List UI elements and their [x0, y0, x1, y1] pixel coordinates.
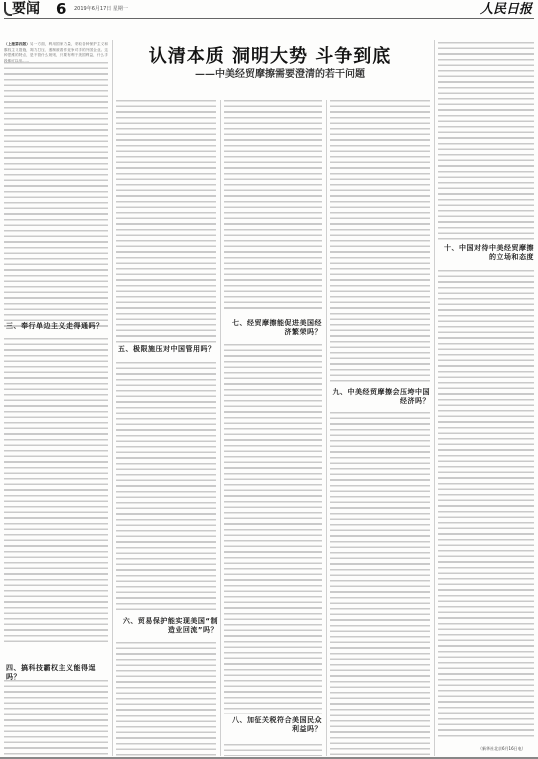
column-2-text-block-3	[116, 642, 216, 756]
lead-tag: （上接第四版）	[4, 42, 30, 46]
column-divider	[326, 100, 327, 756]
column-divider	[434, 40, 435, 756]
section-heading-3: 三、奉行单边主义走得通吗？	[6, 322, 110, 331]
column-4-text-block	[330, 100, 430, 385]
column-3-text-block-2	[224, 344, 322, 714]
section-name: 要闻	[12, 2, 40, 17]
column-divider	[220, 100, 221, 756]
section-heading-6: 六、贸易保护能实现美国“制造业回流”吗？	[118, 617, 218, 635]
column-2-text-block-2	[116, 362, 216, 610]
byline: （新华社北京6月16日电）	[478, 746, 526, 752]
section-heading-10: 十、中国对待中美经贸摩擦的立场和态度	[440, 244, 534, 262]
page-number: 6	[56, 2, 66, 17]
masthead: 要闻 6 2019年6月17日 星期一 人民日报	[4, 2, 534, 18]
column-3-text-block	[224, 100, 322, 310]
newspaper-logo: 人民日报	[480, 2, 532, 17]
column-divider	[112, 40, 113, 756]
issue-date: 2019年6月17日 星期一	[74, 6, 128, 13]
section-heading-8: 八、加征关税符合美国民众利益吗？	[226, 716, 322, 734]
section-heading-9: 九、中美经贸摩擦会压垮中国经济吗？	[332, 388, 430, 406]
column-4-text-block-2	[330, 412, 430, 756]
masthead-rule	[4, 18, 534, 19]
section-heading-7: 七、经贸摩擦能促进美国经济繁荣吗？	[226, 319, 322, 337]
column-1-text-block-3	[4, 680, 108, 756]
column-1-text-block-2	[4, 338, 108, 646]
column-1-text-block	[4, 62, 108, 327]
section-heading-5: 五、极限施压对中国管用吗？	[118, 345, 218, 354]
masthead-bracket-decoration	[4, 2, 12, 16]
column-5-text-block	[438, 42, 534, 240]
subheadline: ——中美经贸摩擦需要澄清的若干问题	[150, 69, 410, 81]
headline: 认清本质 洞明大势 斗争到底	[120, 46, 420, 68]
newspaper-page: 要闻 6 2019年6月17日 星期一 人民日报 认清本质 洞明大势 斗争到底 …	[0, 0, 538, 759]
column-2-text-block	[116, 100, 216, 343]
column-5-text-block-2	[438, 270, 534, 740]
column-3-text-block-3	[224, 744, 322, 756]
